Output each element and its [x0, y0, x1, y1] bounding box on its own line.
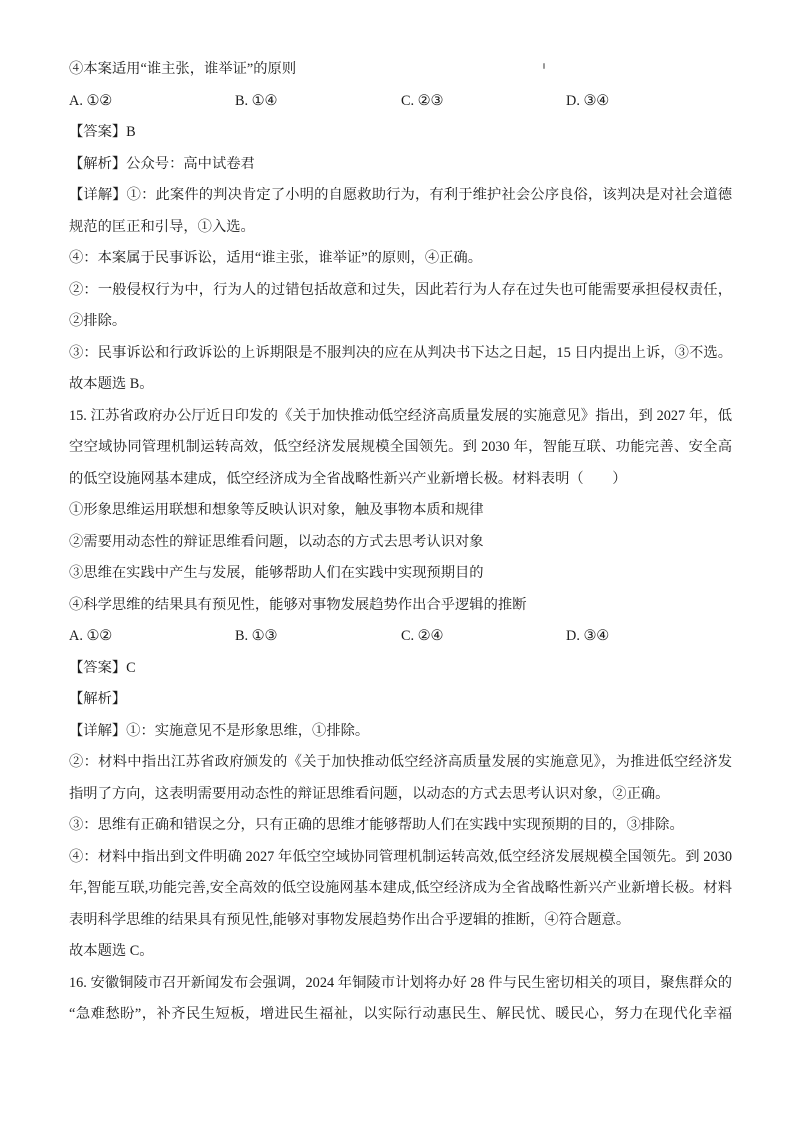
option-c: C. ②④: [401, 621, 443, 653]
document-line: ②需要用动态性的辩证思维看问题，以动态的方式去思考认识对象: [69, 527, 732, 559]
option-b: B. ①④: [235, 86, 277, 118]
document-line: 故本题选 B。: [69, 369, 732, 401]
document-line: 空空域协同管理机制运转高效，低空经济发展规模全国领先。到 2030 年，智能互联…: [69, 432, 732, 464]
option-c: C. ②③: [401, 86, 443, 118]
option-b: B. ①③: [235, 621, 277, 653]
exam-document-page: ④本案适用“谁主张，谁举证”的原则A. ①②B. ①④C. ②③D. ③④【答案…: [0, 0, 800, 1131]
document-body: ④本案适用“谁主张，谁举证”的原则A. ①②B. ①④C. ②③D. ③④【答案…: [69, 54, 732, 1031]
option-a: A. ①②: [69, 621, 112, 653]
document-line: ④本案适用“谁主张，谁举证”的原则: [69, 54, 732, 86]
document-line: ②：材料中指出江苏省政府颁发的《关于加快推动低空经济高质量发展的实施意见》，为推…: [69, 747, 732, 779]
document-line: 【详解】①：此案件的判决肯定了小明的自愿救助行为，有利于维护社会公序良俗，该判决…: [69, 180, 732, 212]
document-line: “急难愁盼”，补齐民生短板，增进民生福祉，以实际行动惠民生、解民忧、暖民心，努力…: [69, 999, 732, 1031]
document-line: ③思维在实践中产生与发展，能够帮助人们在实践中实现预期目的: [69, 558, 732, 590]
document-line: 【解析】公众号：高中试卷君: [69, 149, 732, 181]
document-line: 16. 安徽铜陵市召开新闻发布会强调，2024 年铜陵市计划将办好 28 件与民…: [69, 968, 732, 1000]
document-line: ④科学思维的结果具有预见性，能够对事物发展趋势作出合乎逻辑的推断: [69, 590, 732, 622]
document-line: 年,智能互联,功能完善,安全高效的低空设施网基本建成,低空经济成为全省战略性新兴…: [69, 873, 732, 905]
document-line: ①形象思维运用联想和想象等反映认识对象，触及事物本质和规律: [69, 495, 732, 527]
document-line: ④：材料中指出到文件明确 2027 年低空空域协同管理机制运转高效,低空经济发展…: [69, 842, 732, 874]
document-line: 15. 江苏省政府办公厅近日印发的《关于加快推动低空经济高质量发展的实施意见》指…: [69, 401, 732, 433]
document-line: 规范的匡正和引导，①入选。: [69, 212, 732, 244]
document-line: ③：民事诉讼和行政诉讼的上诉期限是不服判决的应在从判决书下达之日起，15 日内提…: [69, 338, 732, 370]
option-a: A. ①②: [69, 86, 112, 118]
document-line: 指明了方向，这表明需要用动态性的辩证思维看问题，以动态的方式去思考认识对象，②正…: [69, 779, 732, 811]
option-d: D. ③④: [566, 86, 609, 118]
document-line: 【解析】: [69, 684, 732, 716]
document-line: ④：本案属于民事诉讼，适用“谁主张，谁举证”的原则，④正确。: [69, 243, 732, 275]
document-line: ②排除。: [69, 306, 732, 338]
document-line: 【答案】B: [69, 117, 732, 149]
document-line: 【详解】①：实施意见不是形象思维，①排除。: [69, 716, 732, 748]
document-line: 【答案】C: [69, 653, 732, 685]
options-row: A. ①②B. ①④C. ②③D. ③④: [69, 86, 732, 118]
document-line: ②：一般侵权行为中，行为人的过错包括故意和过失，因此若行为人存在过失也可能需要承…: [69, 275, 732, 307]
options-row: A. ①②B. ①③C. ②④D. ③④: [69, 621, 732, 653]
document-line: 的低空设施网基本建成，低空经济成为全省战略性新兴产业新增长极。材料表明（ ）: [69, 464, 732, 496]
document-line: 表明科学思维的结果具有预见性,能够对事物发展趋势作出合乎逻辑的推断，④符合题意。: [69, 905, 732, 937]
document-line: ③：思维有正确和错误之分，只有正确的思维才能够帮助人们在实践中实现预期的目的，③…: [69, 810, 732, 842]
option-d: D. ③④: [566, 621, 609, 653]
document-line: 故本题选 C。: [69, 936, 732, 968]
